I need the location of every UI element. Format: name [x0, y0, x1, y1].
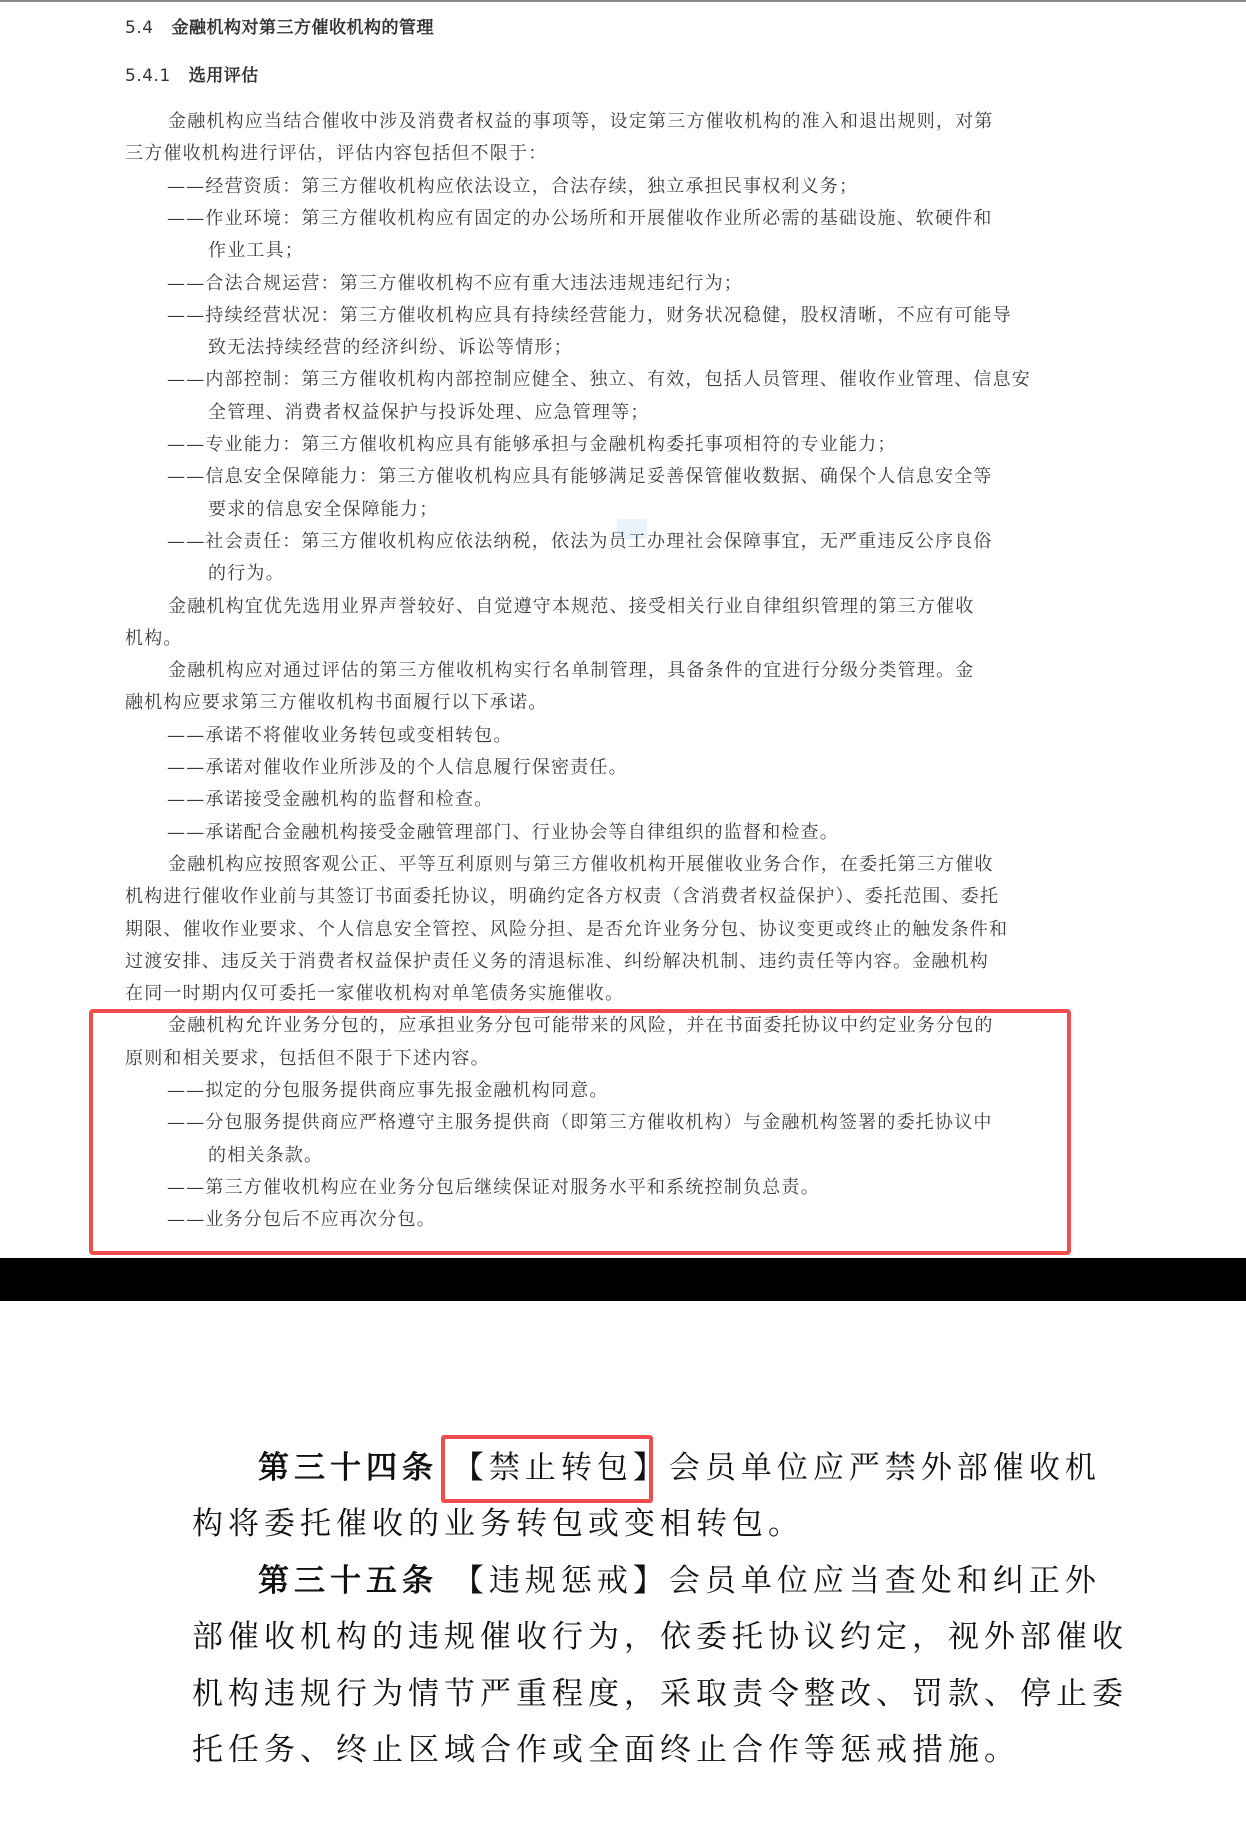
- list-item: ——承诺接受金融机构的监督和检查。: [167, 784, 493, 816]
- highlight-box-subcontracting: [89, 1009, 1071, 1255]
- article-35-line-2: 部催收机构的违规催收行为，依委托协议约定，视外部催收: [192, 1617, 1128, 1657]
- subsection-title: 选用评估: [189, 66, 259, 86]
- list-item: ——承诺对催收作业所涉及的个人信息履行保密责任。: [167, 752, 628, 784]
- paragraph-line: 三方催收机构进行评估，评估内容包括但不限于：: [125, 138, 547, 170]
- list-item: ——作业环境：第三方催收机构应有固定的办公场所和开展催收作业所必需的基础设施、软…: [167, 203, 993, 235]
- article-34-title: 第三十四条: [258, 1450, 438, 1486]
- paragraph-line: 作业工具；: [208, 235, 304, 267]
- section-title: 金融机构对第三方催收机构的管理: [172, 18, 435, 38]
- list-item: ——社会责任：第三方催收机构应依法纳税，依法为员工办理社会保障事宜，无严重违反公…: [167, 526, 993, 558]
- article-35-text: 会员单位应当查处和纠正外: [669, 1563, 1101, 1599]
- list-item: ——承诺不将催收业务转包或变相转包。: [167, 720, 513, 752]
- standard-document-excerpt: 5.4金融机构对第三方催收机构的管理 5.4.1选用评估 金融机构应当结合催收中…: [0, 0, 1246, 1258]
- paragraph-line: 金融机构应按照客观公正、平等互利原则与第三方催收机构开展催收业务合作，在委托第三…: [168, 849, 994, 881]
- article-35-title: 第三十五条: [258, 1563, 438, 1599]
- article-35-line-1: 第三十五条 【违规惩戒】会员单位应当查处和纠正外: [258, 1561, 1101, 1601]
- paragraph-line: 在同一时期内仅可委托一家催收机构对单笔债务实施催收。: [125, 978, 624, 1010]
- list-item: ——持续经营状况：第三方催收机构应具有持续经营能力，财务状况稳健，股权清晰，不应…: [167, 300, 1012, 332]
- list-item: ——专业能力：第三方催收机构应具有能够承担与金融机构委托事项相符的专业能力；: [167, 429, 897, 461]
- section-number: 5.4: [125, 18, 154, 38]
- paragraph-line: 金融机构宜优先选用业界声誉较好、自觉遵守本规范、接受相关行业自律组织管理的第三方…: [168, 591, 974, 623]
- list-item: ——内部控制：第三方催收机构内部控制应健全、独立、有效，包括人员管理、催收作业管…: [167, 364, 1031, 396]
- subsection-heading: 5.4.1选用评估: [125, 61, 259, 86]
- paragraph-line: 的行为。: [208, 558, 285, 590]
- list-item: ——经营资质：第三方催收机构应依法设立，合法存续，独立承担民事权利义务；: [167, 171, 858, 203]
- association-rules-excerpt: 第三十四条 【禁止转包】会员单位应严禁外部催收机 构将委托催收的业务转包或变相转…: [0, 1301, 1246, 1830]
- article-34-line-1: 第三十四条 【禁止转包】会员单位应严禁外部催收机: [258, 1448, 1101, 1488]
- paragraph-line: 融机构应要求第三方催收机构书面履行以下承诺。: [125, 687, 547, 719]
- paragraph-line: 过渡安排、违反关于消费者权益保护责任义务的清退标准、纠纷解决机制、违约责任等内容…: [125, 946, 989, 978]
- article-35-tag: 【违规惩戒】: [453, 1563, 669, 1599]
- subsection-number: 5.4.1: [125, 66, 171, 86]
- article-34-text: 会员单位应严禁外部催收机: [669, 1450, 1101, 1486]
- highlight-box-tag: [441, 1435, 653, 1503]
- article-35-line-4: 托任务、终止区域合作或全面终止合作等惩戒措施。: [192, 1730, 1020, 1770]
- list-item: ——合法合规运营：第三方催收机构不应有重大违法违规违纪行为；: [167, 268, 743, 300]
- paragraph-line: 机构。: [125, 623, 183, 655]
- paragraph-line: 机构进行催收作业前与其签订书面委托协议，明确约定各方权责（含消费者权益保护）、委…: [125, 881, 999, 913]
- article-35-line-3: 机构违规行为情节严重程度，采取责令整改、罚款、停止委: [192, 1674, 1128, 1714]
- paragraph-line: 期限、催收作业要求、个人信息安全管控、风险分担、是否允许业务分包、协议变更或终止…: [125, 914, 1008, 946]
- paragraph-line: 全管理、消费者权益保护与投诉处理、应急管理等；: [208, 397, 650, 429]
- paragraph-line: 金融机构应对通过评估的第三方催收机构实行名单制管理，具备条件的宜进行分级分类管理…: [168, 655, 974, 687]
- paragraph-line: 致无法持续经营的经济纠纷、诉讼等情形；: [208, 332, 573, 364]
- separator-bar: [0, 1258, 1246, 1301]
- paragraph-line: 金融机构应当结合催收中涉及消费者权益的事项等，设定第三方催收机构的准入和退出规则…: [168, 106, 994, 138]
- list-item: ——承诺配合金融机构接受金融管理部门、行业协会等自律组织的监督和检查。: [167, 817, 839, 849]
- article-34-line-2: 构将委托催收的业务转包或变相转包。: [192, 1504, 804, 1544]
- section-heading: 5.4金融机构对第三方催收机构的管理: [125, 13, 434, 38]
- paragraph-line: 要求的信息安全保障能力；: [208, 494, 438, 526]
- list-item: ——信息安全保障能力：第三方催收机构应具有能够满足妥善保管催收数据、确保个人信息…: [167, 461, 993, 493]
